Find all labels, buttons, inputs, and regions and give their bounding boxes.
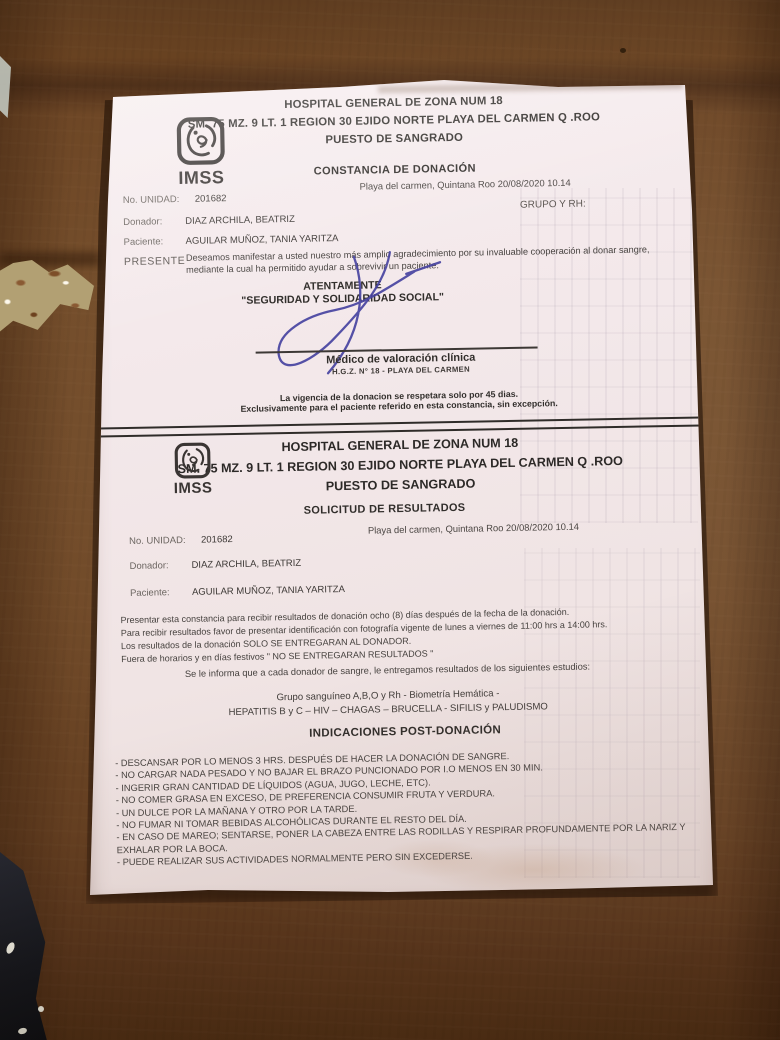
imss-logo: IMSS bbox=[163, 441, 222, 497]
list-item: - PUEDE REALIZAR SUS ACTIVIDADES NORMALM… bbox=[117, 846, 703, 869]
list-item: - NO COMER GRASA EN EXCESO, DE PREFERENC… bbox=[116, 784, 702, 807]
hospital-unit: PUESTO DE SANGRADO bbox=[88, 469, 713, 500]
donador-value: DIAZ ARCHILA, BEATRIZ bbox=[191, 558, 301, 571]
hgz-caption: H.G.Z. N° 18 - PLAYA DEL CARMEN bbox=[201, 362, 601, 378]
backside-showthrough bbox=[524, 548, 700, 878]
paciente-value: AGUILAR MUÑOZ, TANIA YARITZA bbox=[192, 584, 345, 598]
white-fleck bbox=[38, 1006, 44, 1012]
medico-caption: Médico de valoración clínica bbox=[201, 349, 601, 368]
imss-eagle-icon bbox=[173, 441, 212, 482]
vigencia-line-1: La vigencia de la donacion se respetara … bbox=[86, 385, 711, 406]
hospital-unit: PUESTO DE SANGRADO bbox=[82, 124, 707, 153]
backside-showthrough bbox=[520, 188, 698, 523]
document-paper: HOSPITAL GENERAL DE ZONA NUM 18 SM. 75 M… bbox=[88, 80, 713, 895]
hospital-address: SM. 75 MZ. 9 LT. 1 REGION 30 EJIDO NORTE… bbox=[88, 449, 713, 480]
vigencia-line-2: Exclusivamente para el paciente referido… bbox=[87, 395, 712, 416]
presente-text: Deseamos manifestar a usted nuestro más … bbox=[186, 244, 670, 276]
section-divider-line bbox=[87, 416, 712, 429]
estudios-intro: Se le informa que a cada donador de sang… bbox=[91, 660, 683, 681]
info-line: Los resultados de la donación SOLO SE EN… bbox=[121, 629, 721, 653]
paciente-value: AGUILAR MUÑOZ, TANIA YARITZA bbox=[185, 233, 338, 247]
list-item: - DESCANSAR POR LO MENOS 3 HRS. DESPUÉS … bbox=[115, 747, 701, 770]
paper-stain bbox=[383, 835, 673, 891]
photo-scene: HOSPITAL GENERAL DE ZONA NUM 18 SM. 75 M… bbox=[0, 0, 780, 1040]
list-item: - UN DULCE POR LA MAÑANA Y OTRO POR LA T… bbox=[116, 796, 702, 819]
doc-title-constancia: CONSTANCIA DE DONACIÓN bbox=[82, 158, 707, 181]
info-line: Fuera de horarios y en días festivos " N… bbox=[121, 642, 721, 666]
results-info: Presentar esta constancia para recibir r… bbox=[120, 603, 721, 666]
donador-label: Donador: bbox=[123, 216, 162, 228]
place-date: Playa del carmen, Quintana Roo 20/08/202… bbox=[360, 177, 571, 192]
doc-title-solicitud: SOLICITUD DE RESULTADOS bbox=[88, 498, 680, 521]
indicaciones-title: INDICACIONES POST-DONACIÓN bbox=[93, 720, 718, 743]
imss-logo: IMSS bbox=[167, 115, 234, 189]
unidad-label: No. UNIDAD: bbox=[123, 194, 180, 206]
info-line: Presentar esta constancia para recibir r… bbox=[120, 603, 720, 627]
hospital-header-2: HOSPITAL GENERAL DE ZONA NUM 18 SM. 75 M… bbox=[87, 429, 713, 500]
unidad-value: 201682 bbox=[201, 534, 233, 546]
signature bbox=[264, 249, 447, 402]
info-line: Para recibir resultados favor de present… bbox=[121, 616, 721, 640]
imss-logo-text: IMSS bbox=[164, 479, 222, 497]
closing-block: ATENTAMENTE "SEGURIDAD Y SOLIDARIDAD SOC… bbox=[146, 276, 538, 308]
section-divider-line bbox=[87, 424, 712, 437]
grupo-rh-label: GRUPO Y RH: bbox=[520, 199, 586, 211]
place-date: Playa del carmen, Quintana Roo 20/08/202… bbox=[368, 521, 579, 536]
hospital-name: HOSPITAL GENERAL DE ZONA NUM 18 bbox=[87, 429, 712, 460]
list-item: - NO FUMAR NI TOMAR BEBIDAS ALCOHÓLICAS … bbox=[116, 809, 702, 832]
paciente-label: Paciente: bbox=[124, 236, 164, 248]
estudios-line-2: HEPATITIS B y C – HIV – CHAGAS – BRUCELL… bbox=[92, 699, 684, 721]
indicaciones-list: - DESCANSAR POR LO MENOS 3 HRS. DESPUÉS … bbox=[115, 747, 703, 869]
lema: "SEGURIDAD Y SOLIDARIDAD SOCIAL" bbox=[147, 289, 539, 309]
cardboard-speck bbox=[620, 48, 626, 53]
donador-label: Donador: bbox=[129, 560, 168, 572]
imss-eagle-icon bbox=[175, 115, 226, 170]
hospital-address: SM. 75 MZ. 9 LT. 1 REGION 30 EJIDO NORTE… bbox=[81, 106, 706, 135]
document-content: HOSPITAL GENERAL DE ZONA NUM 18 SM. 75 M… bbox=[81, 74, 721, 900]
paciente-label: Paciente: bbox=[130, 587, 170, 599]
presente-label: PRESENTE bbox=[124, 255, 186, 268]
list-item: - EN CASO DE MAREO; SENTARSE, PONER LA C… bbox=[116, 821, 702, 857]
hospital-header-1: HOSPITAL GENERAL DE ZONA NUM 18 SM. 75 M… bbox=[81, 88, 707, 153]
atentamente: ATENTAMENTE bbox=[146, 276, 538, 296]
unidad-value: 201682 bbox=[195, 193, 227, 205]
imss-logo-text: IMSS bbox=[168, 167, 234, 189]
estudios-line-1: Grupo sanguíneo A,B,O y Rh - Biometría H… bbox=[92, 685, 684, 707]
list-item: - INGERIR GRAN CANTIDAD DE LÍQUIDOS (AGU… bbox=[115, 771, 701, 794]
signature-line bbox=[256, 346, 538, 353]
unidad-label: No. UNIDAD: bbox=[129, 535, 186, 547]
list-item: - NO CARGAR NADA PESADO Y NO BAJAR EL BR… bbox=[115, 759, 701, 782]
donador-value: DIAZ ARCHILA, BEATRIZ bbox=[185, 214, 295, 227]
